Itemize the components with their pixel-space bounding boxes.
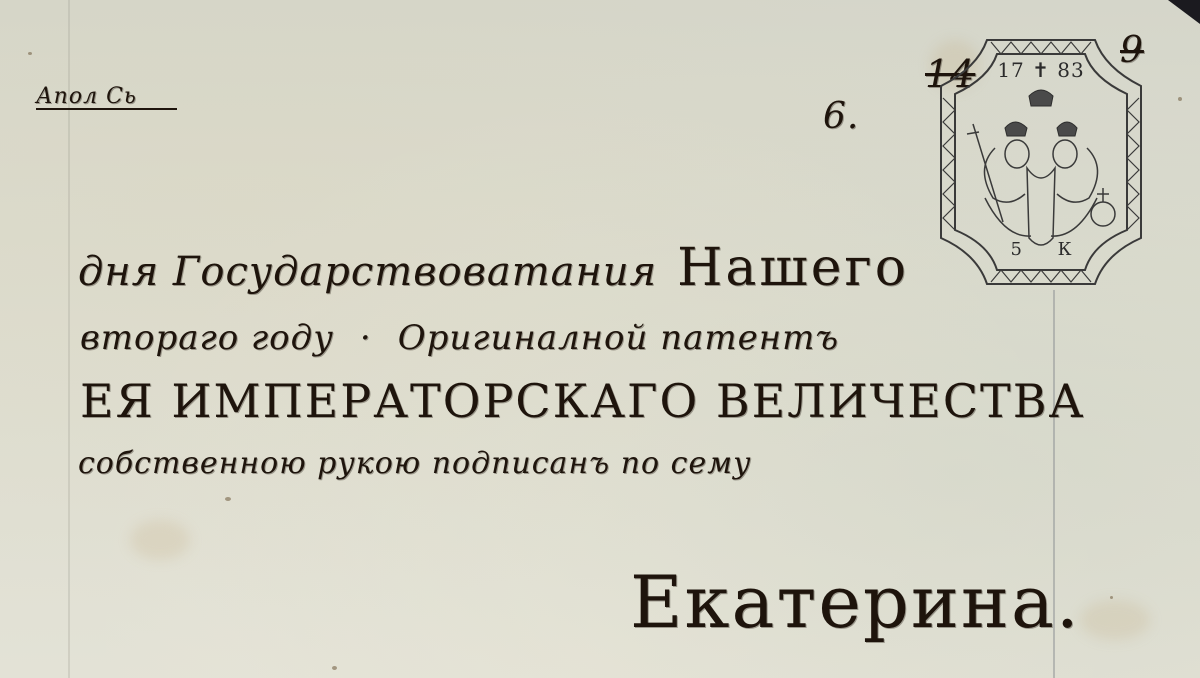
archival-annotation: Апол Сь bbox=[36, 86, 177, 110]
text-line-2-part1: вторагo году bbox=[80, 318, 334, 358]
text-line-2-part2: Оригиналной патентъ bbox=[398, 318, 839, 358]
folio-number: 6. bbox=[823, 96, 859, 137]
document-page: Апол Сь 6. 14 9 bbox=[0, 0, 1200, 678]
text-line-1-body: дня Государствоватания bbox=[78, 249, 657, 295]
revenue-stamp: 17 ✝ 83 5 К bbox=[935, 38, 1147, 286]
stamp-year: 17 ✝ 83 bbox=[935, 58, 1147, 82]
paper-stain bbox=[130, 520, 190, 560]
text-line-2: вторагo году·Оригиналной патентъ bbox=[80, 318, 839, 358]
signature: Екатерина. bbox=[630, 560, 1081, 644]
paper-speck bbox=[225, 497, 231, 501]
text-line-2-dot: · bbox=[360, 318, 372, 358]
text-line-4: собственною рукою подписанъ по сему bbox=[78, 446, 751, 481]
text-line-1-emphasis: Нашего bbox=[677, 238, 909, 298]
paper-speck bbox=[1178, 97, 1182, 101]
paper-speck bbox=[28, 52, 32, 55]
paper-speck bbox=[1110, 596, 1113, 599]
paper-speck bbox=[332, 666, 337, 670]
stamp-value: 5 К bbox=[935, 239, 1147, 260]
paper-stain bbox=[1080, 600, 1150, 640]
text-line-3: ЕЯ ИМПЕРАТОРСКАГО ВЕЛИЧЕСТВА bbox=[80, 374, 1085, 428]
text-line-1: дня ГосударствоватанияНашего bbox=[78, 238, 909, 298]
